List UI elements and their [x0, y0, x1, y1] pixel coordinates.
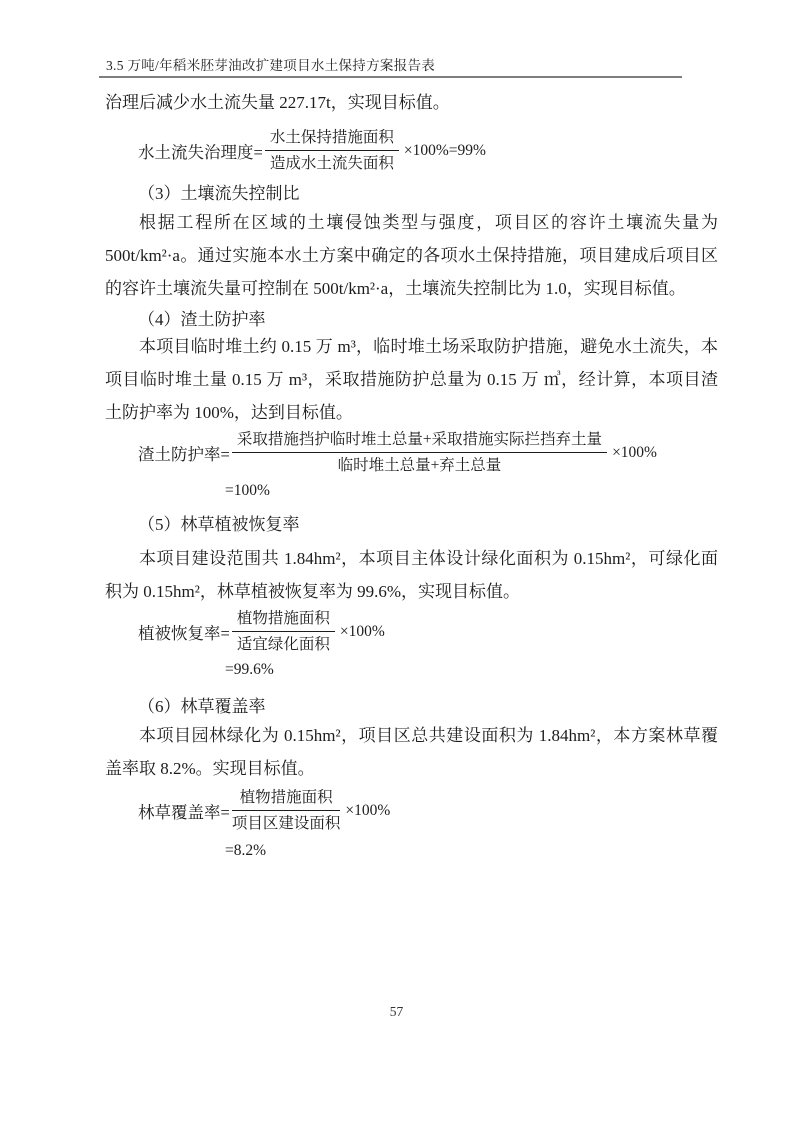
section-paragraph-vegetation-recovery-rate: 本项目建设范围共 1.84hm²，本项目主体设计绿化面积为 0.15hm²，可绿…	[105, 542, 718, 608]
header-rule	[99, 76, 682, 78]
fraction: 植物措施面积 项目区建设面积	[232, 786, 341, 836]
formula-soil-loss-treatment-degree: 水土流失治理度= 水土保持措施面积 造成水土流失面积 ×100%=99%	[138, 126, 486, 176]
formula-lhs: 渣土防护率=	[138, 441, 230, 465]
formula-lhs: 植被恢复率=	[138, 620, 230, 644]
page-number: 57	[0, 1004, 793, 1020]
fraction: 植物措施面积 适宜绿化面积	[232, 607, 335, 657]
fraction-denominator: 临时堆土总量+弃土总量	[232, 453, 607, 477]
formula-rhs: ×100%	[340, 623, 385, 641]
fraction-denominator: 项目区建设面积	[232, 811, 341, 835]
fraction: 采取措施挡护临时堆土总量+采取措施实际拦挡弃土量 临时堆土总量+弃土总量	[232, 428, 607, 478]
formula-result: =99.6%	[225, 661, 274, 679]
formula-forest-grass-coverage-rate: 林草覆盖率= 植物措施面积 项目区建设面积 ×100%	[138, 786, 390, 836]
formula-result: =100%	[225, 482, 270, 500]
formula-spoil-protection-rate: 渣土防护率= 采取措施挡护临时堆土总量+采取措施实际拦挡弃土量 临时堆土总量+弃…	[138, 428, 657, 478]
formula-lhs: 水土流失治理度=	[138, 139, 263, 163]
section-paragraph-forest-grass-coverage: 本项目园林绿化为 0.15hm²，项目区总共建设面积为 1.84hm²，本方案林…	[105, 719, 718, 785]
section-heading-vegetation-recovery-rate: （5）林草植被恢复率	[138, 512, 300, 538]
formula-rhs: ×100%	[612, 444, 657, 462]
section-paragraph-soil-loss-control-ratio: 根据工程所在区域的土壤侵蚀类型与强度，项目区的容许土壤流失量为 500t/km²…	[105, 206, 718, 305]
fraction: 水土保持措施面积 造成水土流失面积	[265, 126, 399, 176]
document-page: 3.5 万吨/年稻米胚芽油改扩建项目水土保持方案报告表 治理后减少水土流失量 2…	[0, 0, 793, 1122]
formula-rhs: ×100%=99%	[404, 142, 486, 160]
intro-paragraph: 治理后减少水土流失量 227.17t，实现目标值。	[105, 86, 718, 119]
formula-vegetation-recovery-rate: 植被恢复率= 植物措施面积 适宜绿化面积 ×100%	[138, 607, 385, 657]
header-title: 3.5 万吨/年稻米胚芽油改扩建项目水土保持方案报告表	[106, 54, 435, 74]
fraction-numerator: 植物措施面积	[232, 786, 341, 811]
section-paragraph-spoil-protection-rate: 本项目临时堆土约 0.15 万 m³，临时堆土场采取防护措施，避免水土流失，本项…	[105, 330, 718, 429]
fraction-numerator: 水土保持措施面积	[265, 126, 399, 151]
fraction-numerator: 采取措施挡护临时堆土总量+采取措施实际拦挡弃土量	[232, 428, 607, 453]
section-heading-soil-loss-control-ratio: （3）土壤流失控制比	[138, 181, 300, 207]
formula-lhs: 林草覆盖率=	[138, 799, 230, 823]
fraction-denominator: 造成水土流失面积	[265, 151, 399, 175]
fraction-denominator: 适宜绿化面积	[232, 632, 335, 656]
formula-result: =8.2%	[225, 842, 266, 860]
fraction-numerator: 植物措施面积	[232, 607, 335, 632]
formula-rhs: ×100%	[345, 802, 390, 820]
section-heading-forest-grass-coverage: （6）林草覆盖率	[138, 694, 266, 720]
